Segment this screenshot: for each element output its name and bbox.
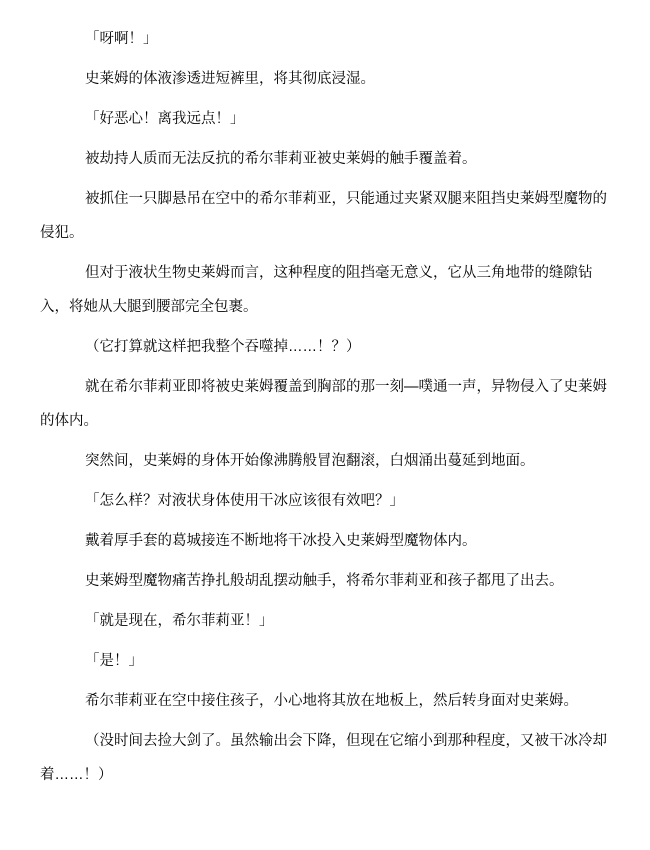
paragraph: 「就是现在，希尔菲莉亚！」 <box>40 604 614 638</box>
paragraph: 希尔菲莉亚在空中接住孩子，小心地将其放在地板上，然后转身面对史莱姆。 <box>40 684 614 718</box>
paragraph: 戴着厚手套的葛城接连不断地将干冰投入史莱姆型魔物体内。 <box>40 524 614 558</box>
paragraph: 史莱姆型魔物痛苦挣扎般胡乱摆动触手，将希尔菲莉亚和孩子都甩了出去。 <box>40 564 614 598</box>
paragraph: 被抓住一只脚悬吊在空中的希尔菲莉亚，只能通过夹紧双腿来阻挡史莱姆型魔物的侵犯。 <box>40 182 614 250</box>
paragraph: 「是！」 <box>40 644 614 678</box>
novel-page: 「呀啊！」史莱姆的体液渗透进短裤里，将其彻底浸湿。「好恶心！离我远点！」被劫持人… <box>0 0 650 850</box>
paragraph: 「怎么样？对液状身体使用干冰应该很有效吧？」 <box>40 484 614 518</box>
paragraph: （它打算就这样把我整个吞噬掉……！？） <box>40 330 614 364</box>
paragraph: （没时间去捡大剑了。虽然输出会下降，但现在它缩小到那种程度，又被干冰冷却着……！… <box>40 724 614 792</box>
paragraph: 突然间，史莱姆的身体开始像沸腾般冒泡翻滚，白烟涌出蔓延到地面。 <box>40 444 614 478</box>
page-content: 「呀啊！」史莱姆的体液渗透进短裤里，将其彻底浸湿。「好恶心！离我远点！」被劫持人… <box>40 22 614 792</box>
paragraph: 「好恶心！离我远点！」 <box>40 102 614 136</box>
paragraph: 被劫持人质而无法反抗的希尔菲莉亚被史莱姆的触手覆盖着。 <box>40 142 614 176</box>
paragraph: 史莱姆的体液渗透进短裤里，将其彻底浸湿。 <box>40 62 614 96</box>
paragraph: 就在希尔菲莉亚即将被史莱姆覆盖到胸部的那一刻—噗通一声，异物侵入了史莱姆的体内。 <box>40 370 614 438</box>
paragraph: 「呀啊！」 <box>40 22 614 56</box>
paragraph: 但对于液状生物史莱姆而言，这种程度的阻挡毫无意义，它从三角地带的缝隙钻入，将她从… <box>40 256 614 324</box>
